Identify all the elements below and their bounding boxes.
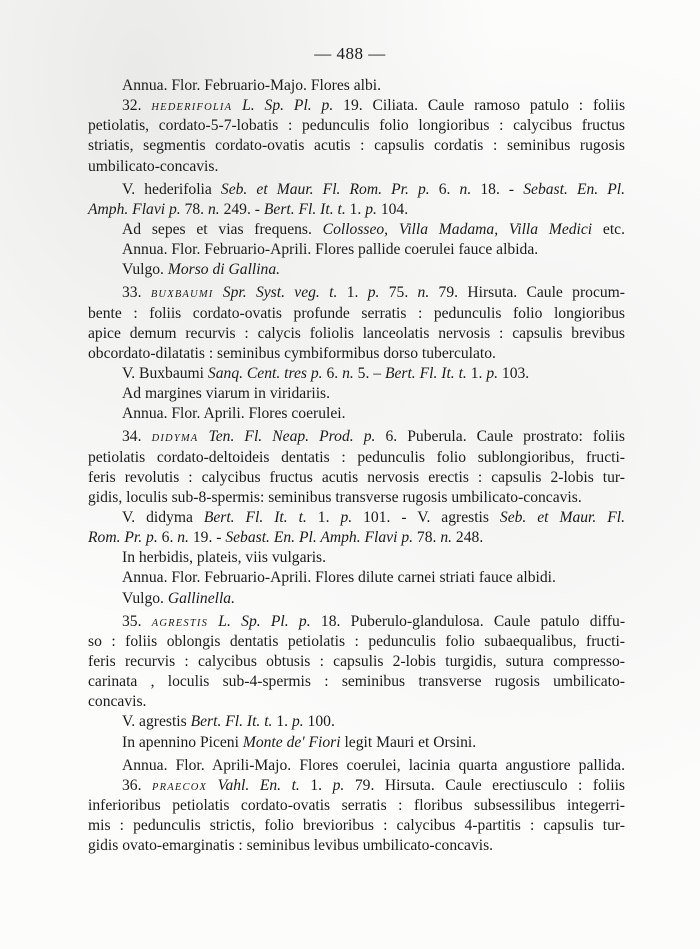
citation-italic: Monte de' Fiori	[243, 734, 341, 751]
citation-italic: L. Sp. Pl. p.	[232, 97, 333, 114]
text-line: concavis.	[88, 692, 625, 712]
text-run: bente : foliis cordato-ovatis profunde s…	[88, 305, 625, 322]
text-run: 34.	[122, 428, 152, 445]
text-line: In apennino Piceni Monte de' Fiori legit…	[88, 733, 625, 753]
text-line: obcordato-dilatatis : seminibus cymbifor…	[88, 344, 625, 364]
text-line: petiolatis cordato-deltoideis dentatis :…	[88, 448, 625, 468]
text-line: bente : foliis cordato-ovatis profunde s…	[88, 304, 625, 324]
text-run: 5. –	[354, 365, 385, 382]
text-run: etc.	[592, 221, 625, 238]
text-run: gidis ovato-emarginatis : seminibus levi…	[88, 837, 493, 854]
citation-italic: Rom. Pr. p.	[88, 529, 158, 546]
text-run: 1.	[300, 777, 333, 794]
text-run: In herbidis, plateis, viis vulgaris.	[122, 549, 326, 566]
text-line: Annua. Flor. Februario-Majo. Flores albi…	[88, 76, 625, 96]
text-run: petiolatis cordato-deltoideis dentatis :…	[88, 449, 625, 466]
text-run: 1.	[272, 713, 292, 730]
text-run: umbilicato-concavis.	[88, 158, 218, 175]
text-run: Vulgo.	[122, 590, 168, 607]
text-line: Annua. Flor. Februario-Aprili. Flores di…	[88, 568, 625, 588]
text-run: In apennino Piceni	[122, 734, 243, 751]
text-run: feris revolutis : calycibus fructus acut…	[88, 469, 625, 486]
text-line: 33. Buxbaumi Spr. Syst. veg. t. 1. p. 75…	[88, 283, 625, 303]
citation-italic: Bert. Fl. It. t.	[191, 713, 273, 730]
text-line: Annua. Flor. Aprili. Flores coerulei.	[88, 404, 625, 424]
citation-italic: Bert. Fl. It. t.	[204, 509, 307, 526]
species-name: praecox	[152, 782, 207, 793]
text-run: 6.	[158, 529, 178, 546]
text-run: feris recurvis : calycibus obtusis : cap…	[88, 653, 625, 670]
species-name: hederifolia	[151, 102, 232, 113]
species-name: Buxbaumi	[151, 289, 214, 300]
text-line: V. agrestis Bert. Fl. It. t. 1. p. 100.	[88, 712, 625, 732]
citation-italic: Ten. Fl. Neap. Prod. p.	[198, 428, 375, 445]
text-run: petiolatis, cordato-5-7-lobatis : pedunc…	[88, 117, 625, 134]
text-run: 18. Puberulo-glandulosa. Caule patulo di…	[311, 613, 625, 630]
citation-italic: Gallinella.	[168, 590, 235, 607]
citation-italic: Sebast. En. Pl. Amph. Flavi p.	[225, 529, 413, 546]
citation-italic: Sebast. En. Pl.	[523, 181, 625, 198]
text-line: striatis, segmentis cordato-ovatis acuti…	[88, 136, 625, 156]
text-run: V. hederifolia	[122, 181, 221, 198]
text-run: carinata , loculis sub-4-spermis : semin…	[88, 673, 625, 690]
citation-italic: Sanq. Cent. tres p.	[208, 365, 323, 382]
citation-italic: p.	[292, 713, 304, 730]
text-run: Annua. Flor. Aprili. Flores coerulei.	[122, 405, 345, 422]
text-line: V. didyma Bert. Fl. It. t. 1. p. 101. - …	[88, 508, 625, 528]
text-run: 100.	[304, 713, 335, 730]
citation-italic: Bert. Fl. It. t.	[385, 365, 467, 382]
citation-italic: n.	[460, 181, 472, 198]
text-line: umbilicato-concavis.	[88, 157, 625, 177]
text-line: 35. agrestis L. Sp. Pl. p. 18. Puberulo-…	[88, 612, 625, 632]
text-run: so : foliis oblongis dentatis petiolatis…	[88, 633, 625, 650]
text-run: 248.	[452, 529, 483, 546]
text-run: Ad sepes et vias frequens.	[122, 221, 323, 238]
text-run: 249. -	[220, 201, 264, 218]
citation-italic: n.	[342, 365, 354, 382]
text-line: gidis, loculis sub-8-spermis: seminibus …	[88, 488, 625, 508]
text-line: feris recurvis : calycibus obtusis : cap…	[88, 652, 625, 672]
text-run: mis : pedunculis strictis, folio brevior…	[88, 817, 625, 834]
text-run: 78.	[181, 201, 208, 218]
text-run: 1.	[337, 284, 367, 301]
text-line: mis : pedunculis strictis, folio brevior…	[88, 816, 625, 836]
citation-italic: n.	[177, 529, 189, 546]
text-run: Ad margines viarum in viridariis.	[122, 385, 330, 402]
species-name: agrestis	[152, 618, 208, 629]
text-run: 1.	[307, 509, 341, 526]
text-run: Annua. Flor. Februario-Aprili. Flores di…	[122, 569, 556, 586]
text-run: gidis, loculis sub-8-spermis: seminibus …	[88, 489, 582, 506]
species-name: didyma	[152, 433, 199, 444]
text-run: 19. -	[189, 529, 225, 546]
text-line: Amph. Flavi p. 78. n. 249. - Bert. Fl. I…	[88, 200, 625, 220]
text-line: Annua. Flor. Februario-Aprili. Flores pa…	[88, 240, 625, 260]
text-run: 1.	[467, 365, 487, 382]
text-run: 36.	[122, 777, 152, 794]
text-run: 104.	[377, 201, 408, 218]
text-line: carinata , loculis sub-4-spermis : semin…	[88, 672, 625, 692]
text-run: striatis, segmentis cordato-ovatis acuti…	[88, 137, 625, 154]
text-run: Annua. Flor. Februario-Majo. Flores albi…	[122, 77, 381, 94]
citation-italic: p.	[486, 365, 498, 382]
text-run: Annua. Flor. Aprili-Majo. Flores coerule…	[122, 757, 625, 774]
citation-italic: Bert. Fl. It. t.	[264, 201, 346, 218]
text-line: Ad sepes et vias frequens. Collosseo, Vi…	[88, 220, 625, 240]
text-line: Rom. Pr. p. 6. n. 19. - Sebast. En. Pl. …	[88, 528, 625, 548]
text-run: 33.	[122, 284, 151, 301]
text-run: 78.	[413, 529, 440, 546]
citation-italic: p.	[365, 201, 377, 218]
book-page: — 488 — Annua. Flor. Februario-Majo. Flo…	[0, 0, 700, 949]
text-run: 6.	[430, 181, 460, 198]
page-body-text: Annua. Flor. Februario-Majo. Flores albi…	[88, 76, 625, 856]
text-line: V. hederifolia Seb. et Maur. Fl. Rom. Pr…	[88, 180, 625, 200]
citation-italic: p.	[340, 509, 352, 526]
text-line: gidis ovato-emarginatis : seminibus levi…	[88, 836, 625, 856]
citation-italic: Seb. et Maur. Fl.	[500, 509, 625, 526]
citation-italic: Collosseo, Villa Madama, Villa Medici	[323, 221, 592, 238]
text-line: Annua. Flor. Aprili-Majo. Flores coerule…	[88, 756, 625, 776]
citation-italic: n.	[208, 201, 220, 218]
text-run: apice demum recurvis : calycis foliolis …	[88, 325, 625, 342]
text-line: V. Buxbaumi Sanq. Cent. tres p. 6. n. 5.…	[88, 364, 625, 384]
text-line: Ad margines viarum in viridariis.	[88, 384, 625, 404]
citation-italic: n.	[418, 284, 430, 301]
text-run: 75.	[379, 284, 417, 301]
text-run: legit Mauri et Orsini.	[341, 734, 477, 751]
citation-italic: L. Sp. Pl. p.	[208, 613, 311, 630]
text-line: 34. didyma Ten. Fl. Neap. Prod. p. 6. Pu…	[88, 427, 625, 447]
text-run: V. Buxbaumi	[122, 365, 208, 382]
text-run: 35.	[122, 613, 152, 630]
text-run: Annua. Flor. Februario-Aprili. Flores pa…	[122, 241, 538, 258]
citation-italic: n.	[440, 529, 452, 546]
text-run: 103.	[498, 365, 529, 382]
text-run: obcordato-dilatatis : seminibus cymbifor…	[88, 345, 496, 362]
citation-italic: Vahl. En. t.	[207, 777, 300, 794]
citation-italic: Spr. Syst. veg. t.	[213, 284, 337, 301]
page-number: — 488 —	[0, 44, 700, 64]
text-run: V. agrestis	[122, 713, 191, 730]
text-run: Vulgo.	[122, 261, 168, 278]
citation-italic: Seb. et Maur. Fl. Rom. Pr. p.	[221, 181, 430, 198]
text-run: 101. - V. agrestis	[352, 509, 500, 526]
citation-italic: Amph. Flavi p.	[88, 201, 181, 218]
text-run: V. didyma	[122, 509, 204, 526]
text-line: Vulgo. Morso di Gallina.	[88, 260, 625, 280]
text-line: petiolatis, cordato-5-7-lobatis : pedunc…	[88, 116, 625, 136]
text-run: 6.	[323, 365, 343, 382]
text-run: 18. -	[471, 181, 523, 198]
text-line: Vulgo. Gallinella.	[88, 589, 625, 609]
text-line: so : foliis oblongis dentatis petiolatis…	[88, 632, 625, 652]
text-run: inferioribus petiolatis cordato-ovatis s…	[88, 797, 625, 814]
text-line: In herbidis, plateis, viis vulgaris.	[88, 548, 625, 568]
citation-italic: Morso di Gallina.	[168, 261, 280, 278]
text-run: 1.	[346, 201, 366, 218]
text-run: concavis.	[88, 693, 146, 710]
text-line: 36. praecox Vahl. En. t. 1. p. 79. Hirsu…	[88, 776, 625, 796]
text-line: 32. hederifolia L. Sp. Pl. p. 19. Ciliat…	[88, 96, 625, 116]
text-run: 79. Hirsuta. Caule procum-	[429, 284, 625, 301]
text-run: 6. Puberula. Caule prostrato: foliis	[375, 428, 625, 445]
text-run: 19. Ciliata. Caule ramoso patulo : folii…	[333, 97, 625, 114]
citation-italic: p.	[333, 777, 345, 794]
text-run: 32.	[122, 97, 151, 114]
text-run: 79. Hirsuta. Caule erectiusculo : foliis	[344, 777, 625, 794]
text-line: inferioribus petiolatis cordato-ovatis s…	[88, 796, 625, 816]
text-line: feris revolutis : calycibus fructus acut…	[88, 468, 625, 488]
text-line: apice demum recurvis : calycis foliolis …	[88, 324, 625, 344]
citation-italic: p.	[368, 284, 380, 301]
